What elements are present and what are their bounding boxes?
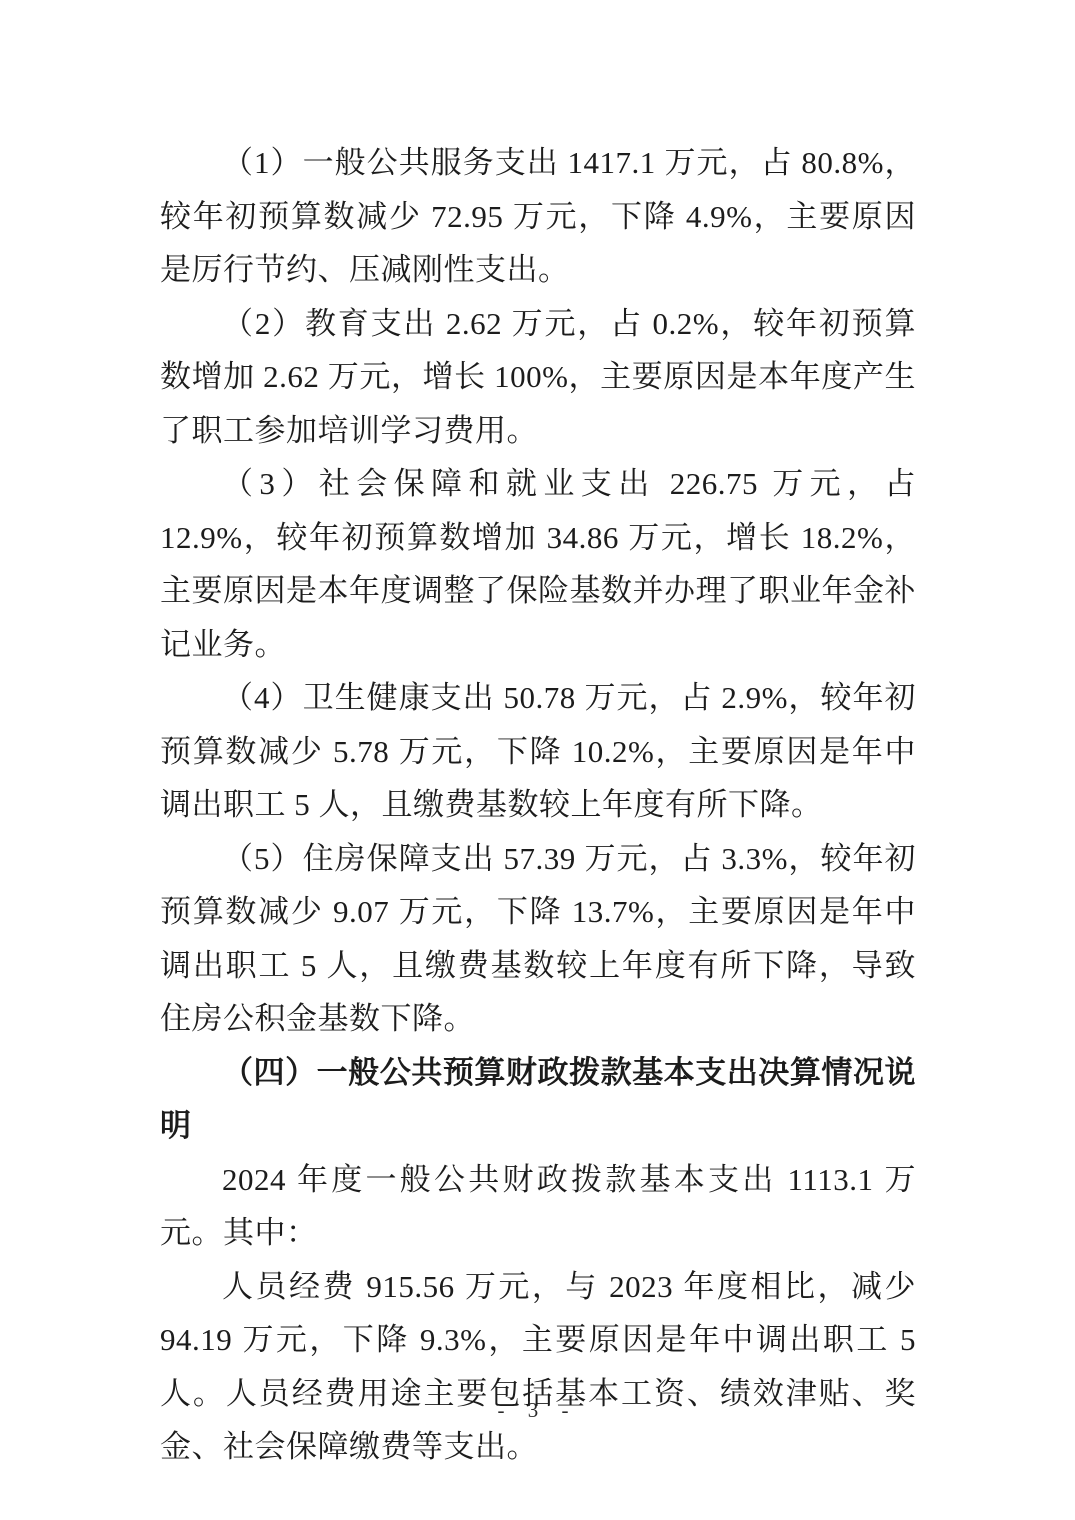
paragraph-education-expense: （2）教育支出 2.62 万元，占 0.2%，较年初预算数增加 2.62 万元，…: [160, 297, 916, 458]
paragraph-personnel-expense: 人员经费 915.56 万元，与 2023 年度相比，减少 94.19 万元，下…: [160, 1260, 916, 1474]
section-heading-basic-expenditure: （四）一般公共预算财政拨款基本支出决算情况说明: [160, 1046, 916, 1153]
paragraph-basic-expense-total: 2024 年度一般公共财政拨款基本支出 1113.1 万元。其中：: [160, 1153, 916, 1260]
paragraph-social-security-employment-expense: （3）社会保障和就业支出 226.75 万元，占 12.9%，较年初预算数增加 …: [160, 457, 916, 671]
document-body: （1）一般公共服务支出 1417.1 万元，占 80.8%，较年初预算数减少 7…: [160, 136, 916, 1474]
document-page: （1）一般公共服务支出 1417.1 万元，占 80.8%，较年初预算数减少 7…: [0, 0, 1075, 1520]
paragraph-housing-security-expense: （5）住房保障支出 57.39 万元，占 3.3%，较年初预算数减少 9.07 …: [160, 832, 916, 1046]
page-number: - 3 -: [498, 1398, 578, 1422]
paragraph-general-public-services-expense: （1）一般公共服务支出 1417.1 万元，占 80.8%，较年初预算数减少 7…: [160, 136, 916, 297]
page-footer: - 3 -: [0, 1398, 1075, 1423]
paragraph-health-expense: （4）卫生健康支出 50.78 万元，占 2.9%，较年初预算数减少 5.78 …: [160, 671, 916, 832]
